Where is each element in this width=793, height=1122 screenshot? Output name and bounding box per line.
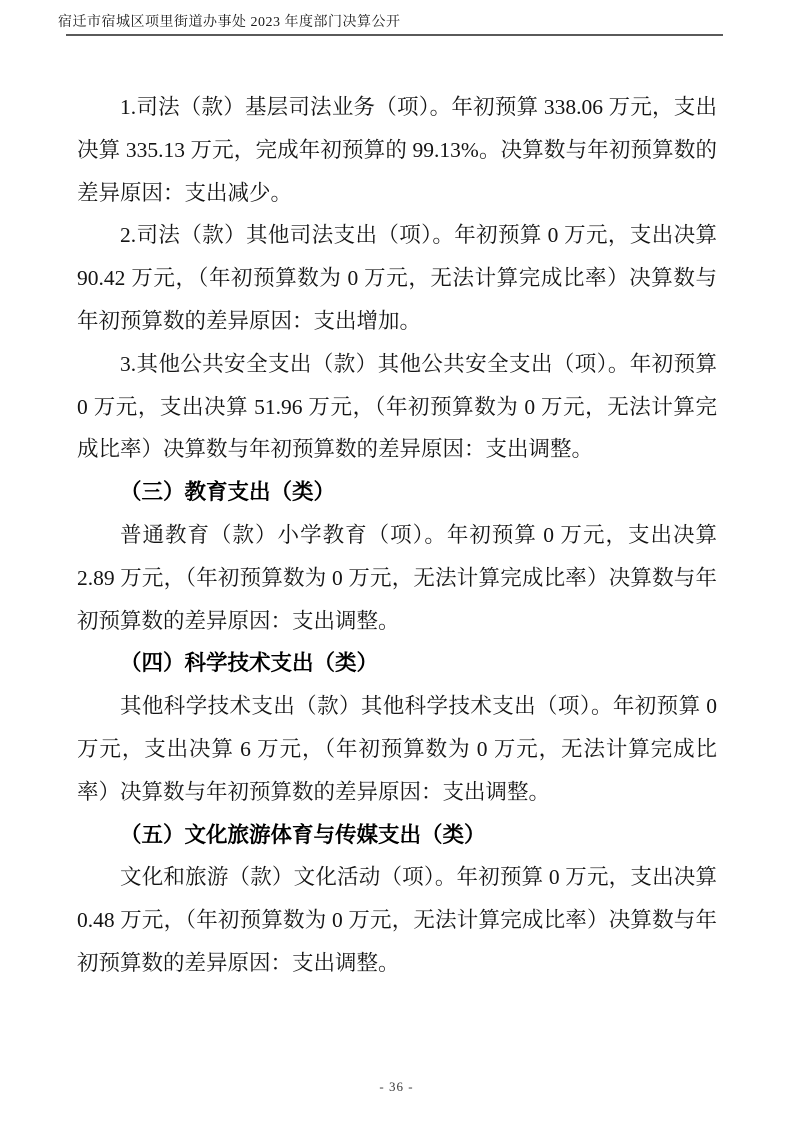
body-paragraph-culture-tourism: 文化和旅游（款）文化活动（项）。年初预算 0 万元，支出决算 0.48 万元，（… xyxy=(77,856,717,984)
body-paragraph-science-technology: 其他科学技术支出（款）其他科学技术支出（项）。年初预算 0 万元，支出决算 6 … xyxy=(77,685,717,813)
body-paragraph-justice-grassroots: 1.司法（款）基层司法业务（项）。年初预算 338.06 万元，支出决算 335… xyxy=(77,86,717,214)
header-rule xyxy=(66,34,723,36)
document-body: 1.司法（款）基层司法业务（项）。年初预算 338.06 万元，支出决算 335… xyxy=(77,86,717,985)
section-heading-education: （三）教育支出（类） xyxy=(77,471,717,514)
document-page: 宿迁市宿城区项里街道办事处 2023 年度部门决算公开 1.司法（款）基层司法业… xyxy=(0,0,793,1122)
body-paragraph-education: 普通教育（款）小学教育（项）。年初预算 0 万元，支出决算 2.89 万元，（年… xyxy=(77,514,717,642)
page-number: - 36 - xyxy=(0,1078,793,1096)
section-heading-culture-tourism-sports-media: （五）文化旅游体育与传媒支出（类） xyxy=(77,814,717,857)
page-header-title: 宿迁市宿城区项里街道办事处 2023 年度部门决算公开 xyxy=(58,13,738,33)
section-heading-science-technology: （四）科学技术支出（类） xyxy=(77,642,717,685)
body-paragraph-public-safety-other: 3.其他公共安全支出（款）其他公共安全支出（项）。年初预算 0 万元，支出决算 … xyxy=(77,343,717,471)
body-paragraph-justice-other: 2.司法（款）其他司法支出（项）。年初预算 0 万元，支出决算 90.42 万元… xyxy=(77,214,717,342)
